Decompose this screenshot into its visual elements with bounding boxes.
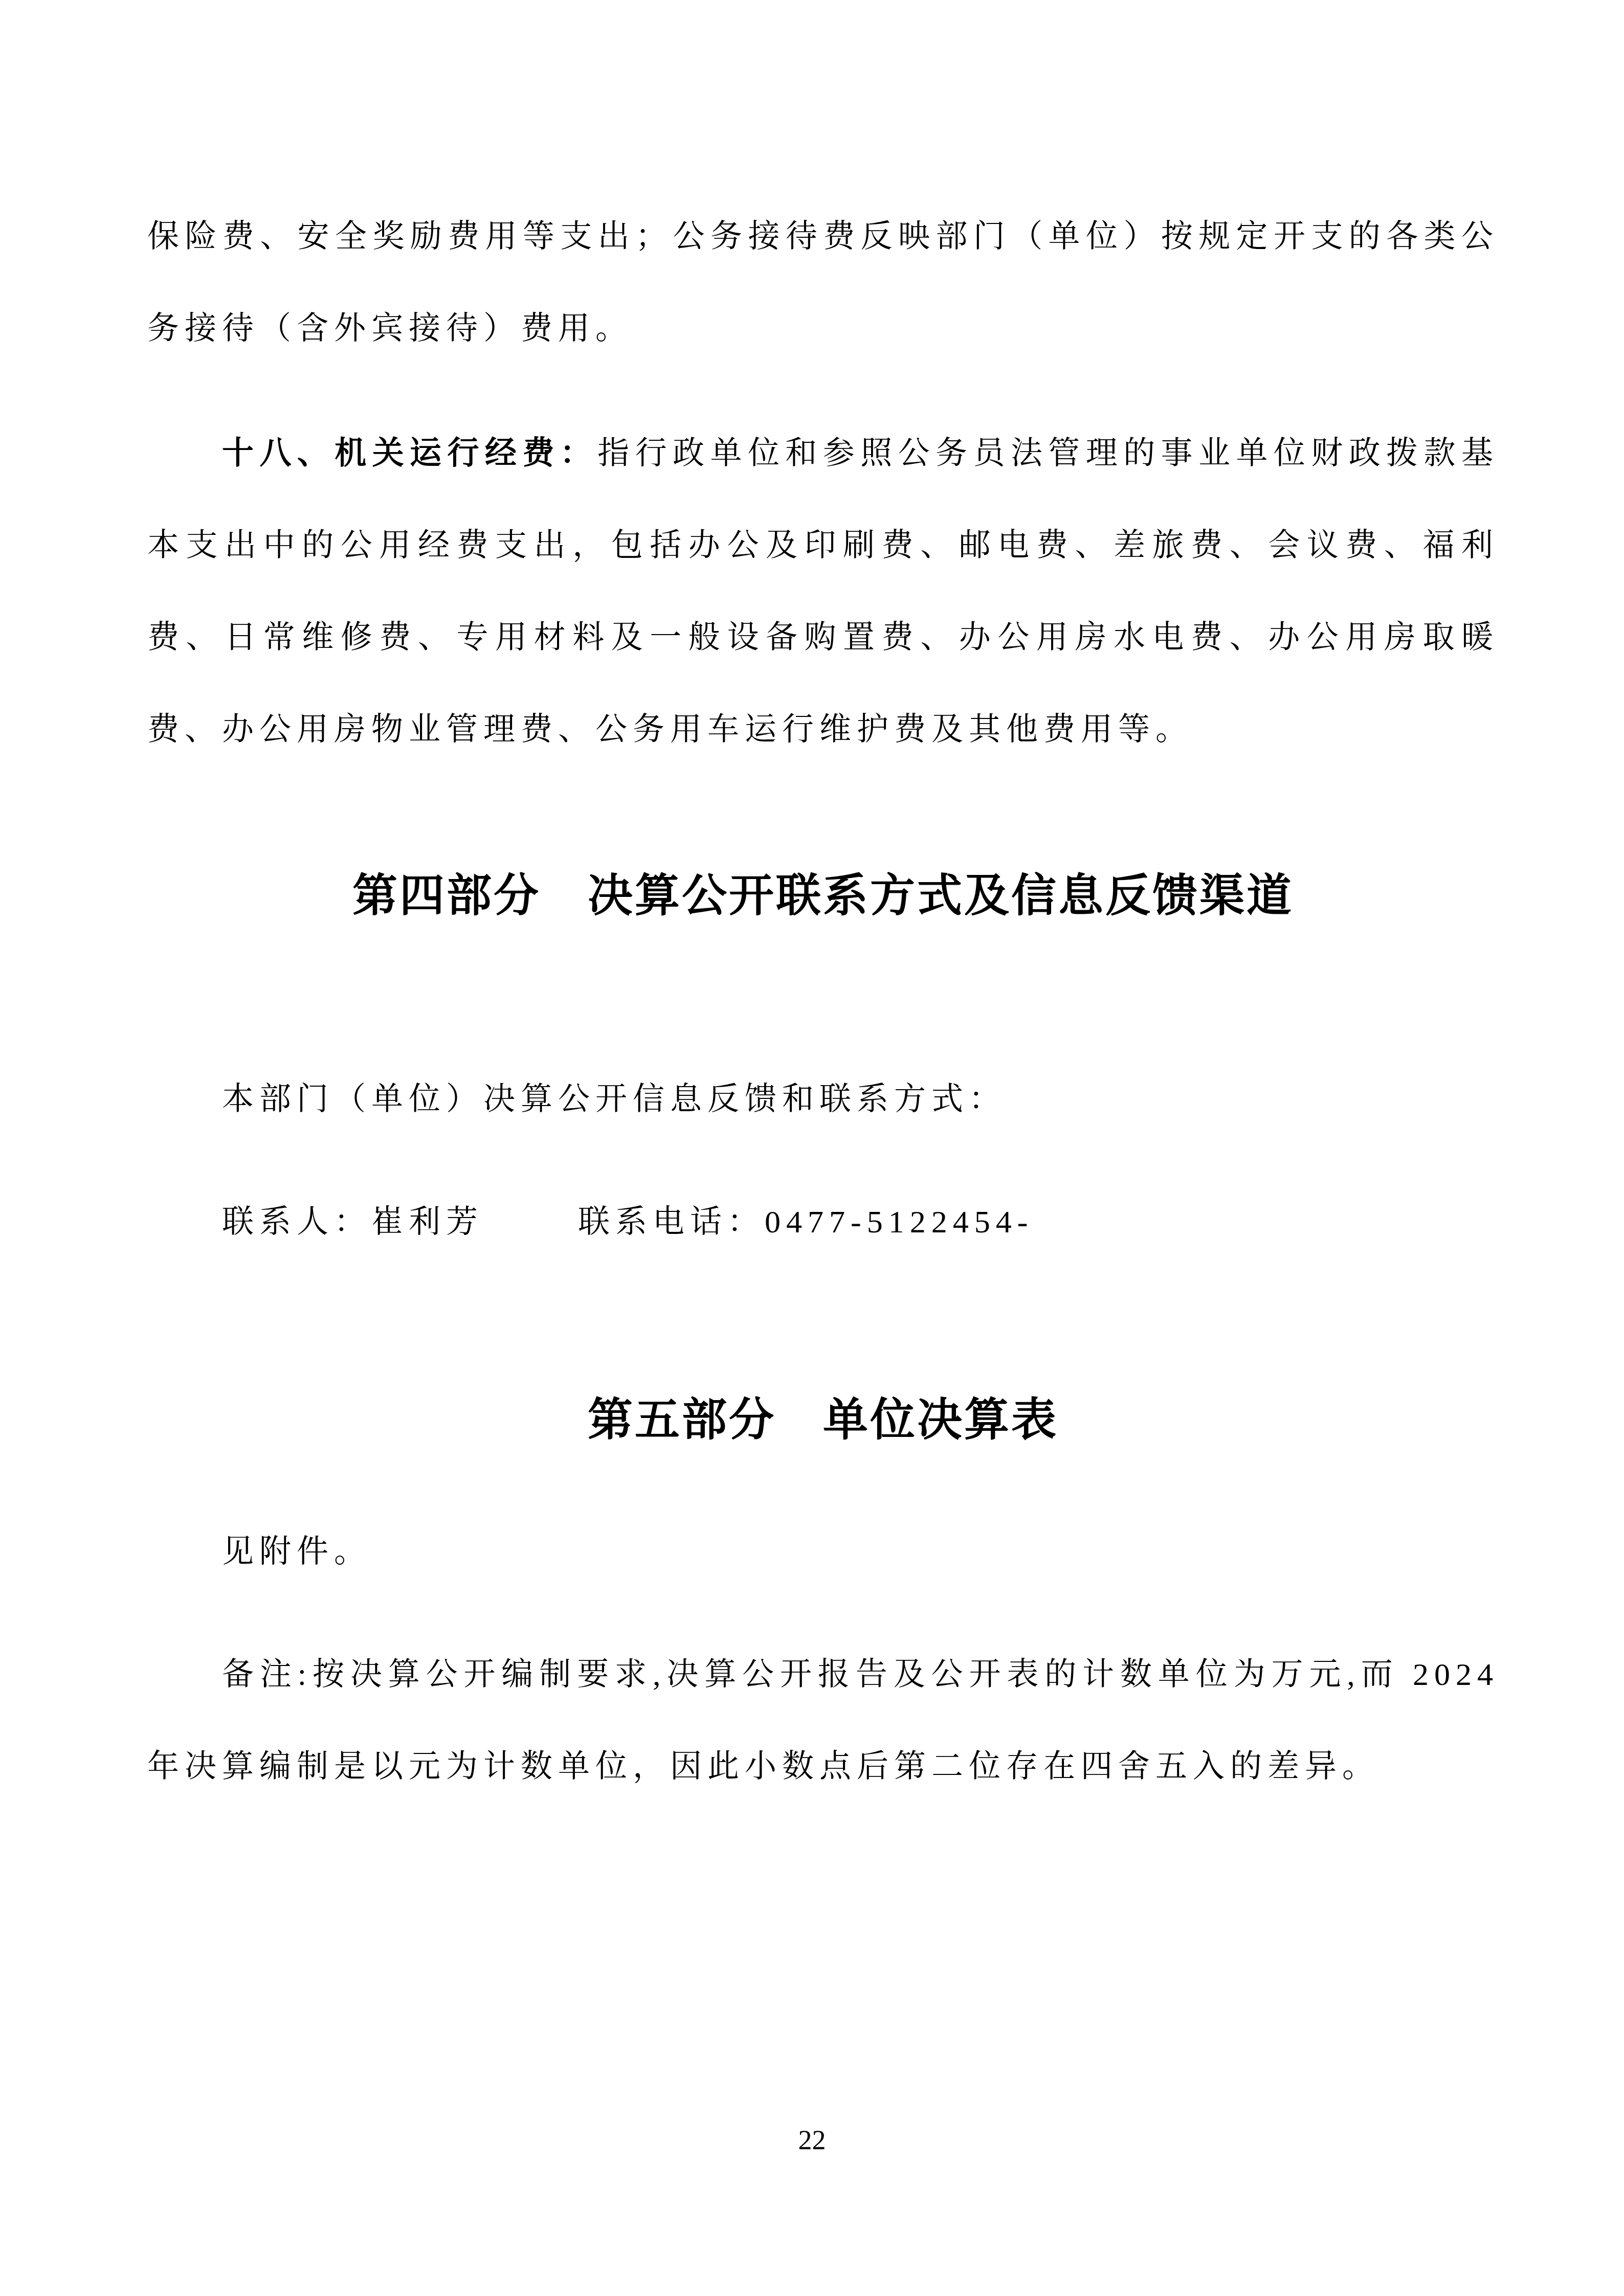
section4-heading: 第四部分 决算公开联系方式及信息反馈渠道 [147,840,1499,953]
document-page: 保险费、安全奖励费用等支出；公务接待费反映部门（单位）按规定开支的各类公务接待（… [0,0,1624,2296]
contact-phone: 联系电话：0477-5122454- [578,1205,1033,1240]
term-agency-operating-expenses: 十八、机关运行经费： [222,436,597,471]
contact-line: 联系人：崔利芳联系电话：0477-5122454- [147,1176,1499,1268]
document-content: 保险费、安全奖励费用等支出；公务接待费反映部门（单位）按规定开支的各类公务接待（… [147,191,1499,1813]
page-number: 22 [0,2125,1624,2155]
section5-heading: 第五部分 单位决算表 [147,1364,1499,1477]
term-agency-operating-expenses-definition: 指行政单位和参照公务员法管理的事业单位财政拨款基本支出中的公用经费支出，包括办公… [147,436,1499,747]
attachment-note: 见附件。 [147,1506,1499,1598]
paragraph-agency-operating-expenses: 十八、机关运行经费：指行政单位和参照公务员法管理的事业单位财政拨款基本支出中的公… [147,408,1499,776]
remark-note: 备注:按决算公开编制要求,决算公开报告及公开表的计数单位为万元,而 2024 年… [147,1629,1499,1813]
contact-person: 联系人：崔利芳 [222,1205,483,1240]
contact-intro: 本部门（单位）决算公开信息反馈和联系方式： [147,1053,1499,1145]
paragraph-expense-continuation: 保险费、安全奖励费用等支出；公务接待费反映部门（单位）按规定开支的各类公务接待（… [147,191,1499,375]
